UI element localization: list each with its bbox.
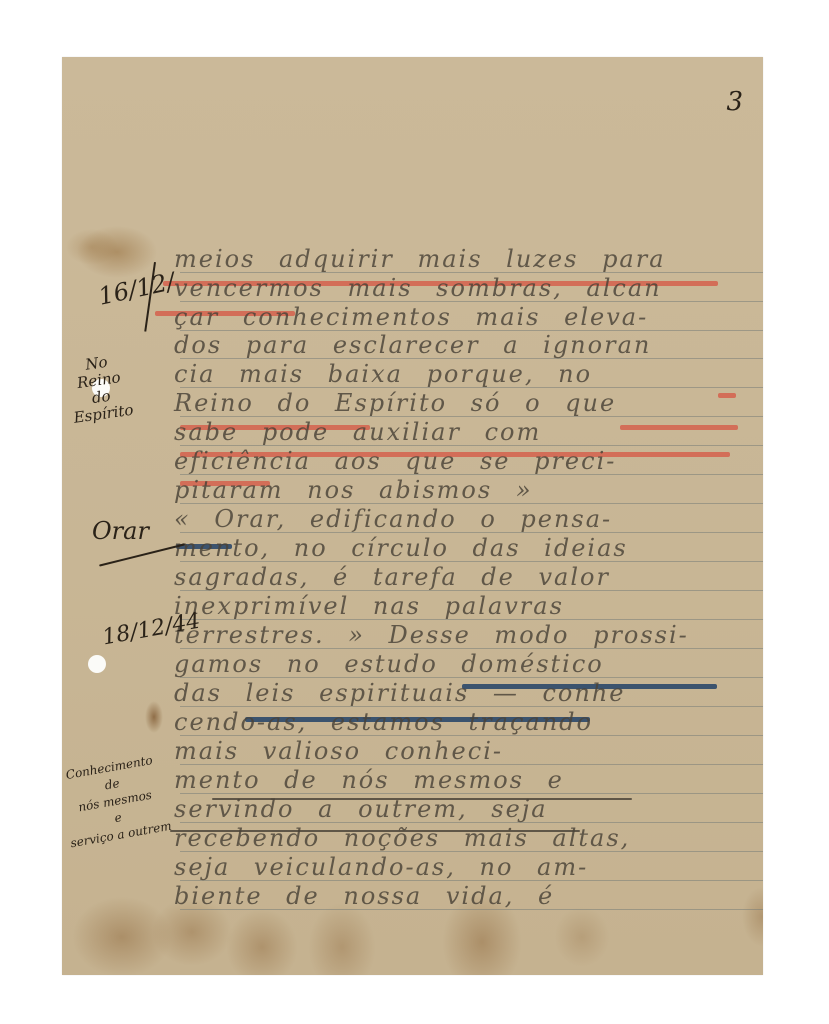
text-line: dos para esclarecer a ignoran: [174, 331, 651, 359]
text-line: servindo a outrem, seja: [174, 795, 548, 823]
text-line: meios adquirir mais luzes para: [174, 245, 666, 273]
page-number: 3: [726, 87, 743, 117]
text-line: cendo-as, estamos traçando: [174, 708, 593, 736]
text-line: cia mais baixa porque, no: [174, 360, 592, 388]
text-line: seja veiculando-as, no am-: [174, 853, 588, 881]
text-line: vencermos mais sombras, alcan: [174, 274, 662, 302]
text-line: mento de nós mesmos e: [174, 766, 564, 794]
margin-note-reino: No Reino do Espírito: [66, 351, 135, 427]
margin-note-orar: Orar: [92, 517, 149, 545]
punch-hole: [88, 655, 106, 673]
text-line: das leis espirituais — conhe: [174, 679, 626, 707]
red-underline: [718, 393, 736, 398]
margin-note-conhecimento: Conhecimento de nós mesmos e serviço a o…: [57, 751, 173, 852]
red-underline: [620, 425, 738, 430]
manuscript-page: 3 meios adquirir mais luzes para vencerm…: [62, 57, 763, 975]
text-line: sabe pode auxiliar com: [174, 418, 541, 446]
text-line: biente de nossa vida, é: [174, 882, 554, 910]
text-line: recebendo noções mais altas,: [174, 824, 630, 852]
text-line: mento, no círculo das ideias: [174, 534, 628, 562]
text-line: Reino do Espírito só o que: [174, 389, 616, 417]
text-line: eficiência aos que se preci-: [174, 447, 616, 475]
text-line: terrestres. » Desse modo prossi-: [174, 621, 689, 649]
text-line: sagradas, é tarefa de valor: [174, 563, 610, 591]
text-line: « Orar, edificando o pensa-: [174, 505, 612, 533]
text-line: inexprimível nas palavras: [174, 592, 564, 620]
text-line: pitaram nos abismos »: [174, 476, 533, 504]
margin-date-1: 16/12/: [96, 267, 177, 310]
text-line: çar conhecimentos mais eleva-: [174, 303, 648, 331]
text-line: mais valioso conheci-: [174, 737, 503, 765]
orar-underline: [99, 543, 185, 566]
text-line: gamos no estudo doméstico: [174, 650, 604, 678]
